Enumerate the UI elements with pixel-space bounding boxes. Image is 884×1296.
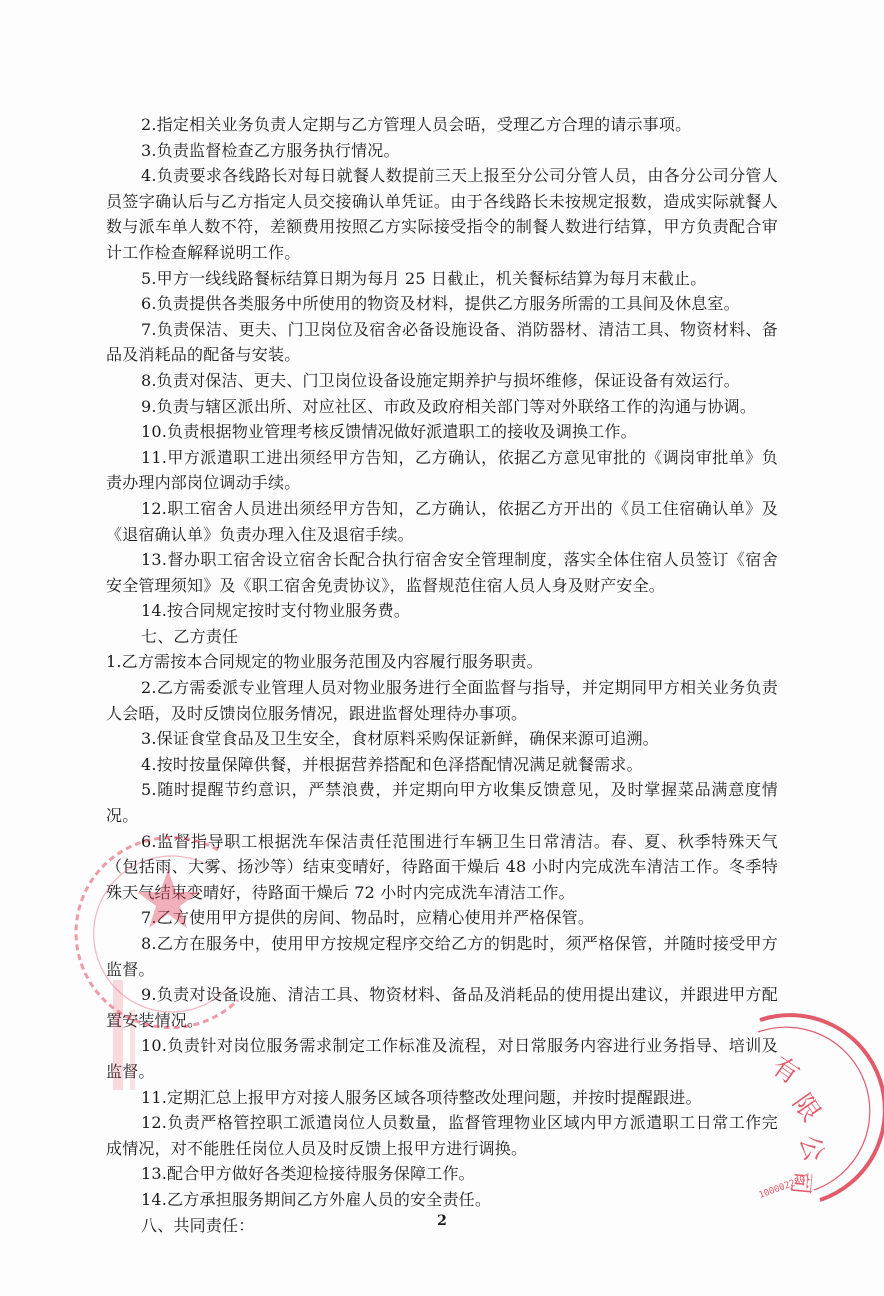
party-b-item-10: 10.负责针对岗位服务需求制定工作标准及流程，对日常服务内容进行业务指导、培训及… [106,1033,778,1084]
party-b-item-5: 5.随时提醒节约意识，严禁浪费，并定期向甲方收集反馈意见，及时掌握菜品满意度情况… [106,777,778,828]
party-b-item-14: 14.乙方承担服务期间乙方外雇人员的安全责任。 [106,1187,778,1213]
party-a-item-6: 6.负责提供各类服务中所使用的物资及材料，提供乙方服务所需的工具间及休息室。 [106,291,778,317]
party-b-item-3: 3.保证食堂食品及卫生安全，食材原料采购保证新鲜，确保来源可追溯。 [106,726,778,752]
contract-body: 2.指定相关业务负责人定期与乙方管理人员会晤，受理乙方合理的请示事项。 3.负责… [106,112,778,1238]
party-b-item-4: 4.按时按量保障供餐，并根据营养搭配和色泽搭配情况满足就餐需求。 [106,752,778,778]
party-b-item-6: 6.监督指导职工根据洗车保洁责任范围进行车辆卫生日常清洁。春、夏、秋季特殊天气（… [106,829,778,906]
party-a-item-3: 3.负责监督检查乙方服务执行情况。 [106,138,778,164]
section-7-heading: 七、乙方责任 [106,624,778,650]
party-b-item-12: 12.负责严格管控职工派遣岗位人员数量，监督管理物业区域内甲方派遣职工日常工作完… [106,1110,778,1161]
party-a-item-11: 11.甲方派遣职工进出须经甲方告知，乙方确认，依据乙方意见审批的《调岗审批单》负… [106,445,778,496]
party-a-item-12: 12.职工宿舍人员进出须经甲方告知，乙方确认，依据乙方开出的《员工住宿确认单》及… [106,496,778,547]
party-b-item-9: 9.负责对设备设施、清洁工具、物资材料、备品及消耗品的使用提出建议，并跟进甲方配… [106,982,778,1033]
party-b-item-2: 2.乙方需委派专业管理人员对物业服务进行全面监督与指导，并定期同甲方相关业务负责… [106,675,778,726]
party-a-item-7: 7.负责保洁、更夫、门卫岗位及宿舍必备设施设备、消防器材、清洁工具、物资材料、备… [106,317,778,368]
party-b-item-1: 1.乙方需按本合同规定的物业服务范围及内容履行服务职责。 [106,649,778,675]
party-a-item-4: 4.负责要求各线路长对每日就餐人数提前三天上报至分公司分管人员，由各分公司分管人… [106,163,778,265]
party-b-item-13: 13.配合甲方做好各类迎检接待服务保障工作。 [106,1161,778,1187]
svg-text:司: 司 [786,1169,816,1195]
party-b-item-11: 11.定期汇总上报甲方对接人服务区域各项待整改处理问题，并按时提醒跟进。 [106,1085,778,1111]
svg-text:限: 限 [786,1089,825,1128]
party-a-item-13: 13.督办职工宿舍设立宿舍长配合执行宿舍安全管理制度，落实全体住宿人员签订《宿舍… [106,547,778,598]
party-a-item-9: 9.负责与辖区派出所、对应社区、市政及政府相关部门等对外联络工作的沟通与协调。 [106,394,778,420]
page-number: 2 [0,1213,884,1229]
document-page: 2.指定相关业务负责人定期与乙方管理人员会晤，受理乙方合理的请示事项。 3.负责… [0,0,884,1296]
party-a-item-10: 10.负责根据物业管理考核反馈情况做好派遣职工的接收及调换工作。 [106,419,778,445]
party-a-item-2: 2.指定相关业务负责人定期与乙方管理人员会晤，受理乙方合理的请示事项。 [106,112,778,138]
party-b-item-7: 7.乙方使用甲方提供的房间、物品时，应精心使用并严格保管。 [106,905,778,931]
party-a-item-8: 8.负责对保洁、更夫、门卫岗位设备设施定期养护与损坏维修，保证设备有效运行。 [106,368,778,394]
party-a-item-5: 5.甲方一线线路餐标结算日期为每月 25 日截止，机关餐标结算为每月末截止。 [106,266,778,292]
svg-text:公: 公 [793,1132,829,1165]
party-a-item-14: 14.按合同规定按时支付物业服务费。 [106,598,778,624]
party-b-item-8: 8.乙方在服务中，使用甲方按规定程序交给乙方的钥匙时，须严格保管，并随时接受甲方… [106,931,778,982]
